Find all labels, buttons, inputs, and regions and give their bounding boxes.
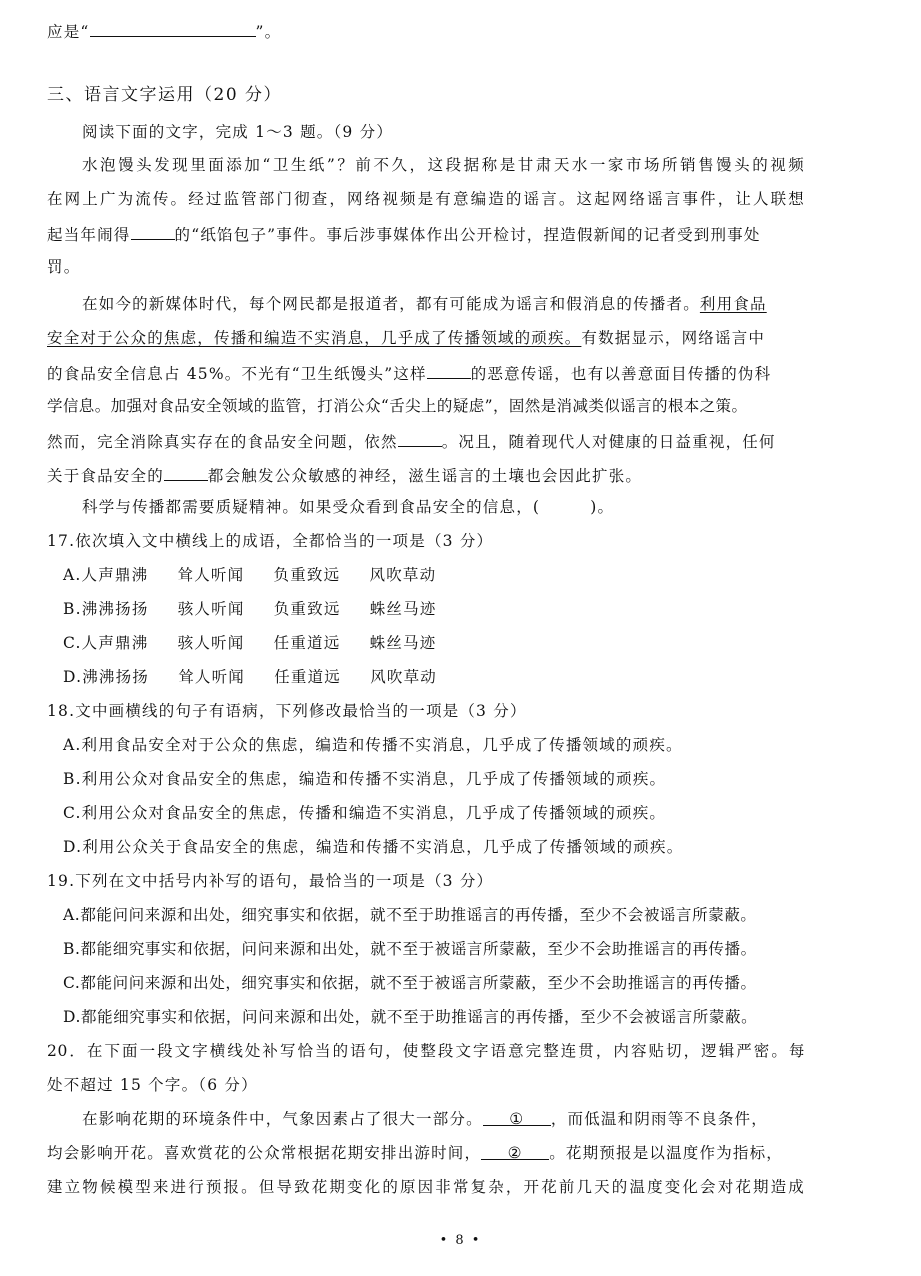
question-19-stem: 19.下列在文中括号内补写的语句，最恰当的一项是（3 分） bbox=[47, 871, 493, 891]
question-20-passage-line2: 均会影响开花。喜欢赏花的公众常根据花期安排出游时间，②。花期预报是以温度作为指标… bbox=[47, 1143, 783, 1163]
question-17-option-c[interactable]: C.人声鼎沸骇人听闻任重道远蛛丝马迹 bbox=[63, 633, 466, 653]
passage-p1-line3: 起当年闹得的“纸馅包子”事件。事后涉事媒体作出公开检讨，捏造假新闻的记者受到刑事… bbox=[47, 223, 761, 245]
idiom: 人声鼎沸 bbox=[82, 565, 178, 585]
question-19-option-d[interactable]: D.都能细究事实和依据，问问来源和出处，就不至于助推谣言的再传播，至少不会被谣言… bbox=[63, 1007, 757, 1027]
fill-blank-2[interactable] bbox=[427, 362, 471, 379]
fill-blank-circled-1[interactable]: ① bbox=[483, 1109, 551, 1126]
text-segment: 关于食品安全的 bbox=[47, 467, 164, 485]
passage-p2-line6: 关于食品安全的都会触发公众敏感的神经，滋生谣言的土壤也会因此扩张。 bbox=[47, 464, 642, 486]
answer-suffix: ”。 bbox=[256, 23, 282, 41]
idiom: 蛛丝马迹 bbox=[370, 599, 466, 619]
passage-p1-line1: 水泡馒头发现里面添加“卫生纸”？前不久，这段据称是甘肃天水一家市场所销售馒头的视… bbox=[82, 155, 805, 175]
idiom: 耸人听闻 bbox=[178, 667, 274, 687]
idiom: 风吹草动 bbox=[370, 667, 466, 687]
question-18-option-a[interactable]: A.利用食品安全对于公众的焦虑，编造和传播不实消息，几乎成了传播领域的顽疾。 bbox=[63, 735, 683, 755]
text-segment: 的恶意传谣，也有以善意面目传播的伪科 bbox=[471, 365, 772, 383]
idiom: 风吹草动 bbox=[370, 565, 466, 585]
answer-line-top: 应是“”。 bbox=[47, 20, 281, 42]
text-segment: 在如今的新媒体时代，每个网民都是报道者，都有可能成为谣言和假消息的传播者。 bbox=[82, 295, 700, 313]
idiom: 负重致远 bbox=[274, 565, 370, 585]
fill-blank-1[interactable] bbox=[131, 223, 175, 240]
passage-p1-line2: 在网上广为流传。经过监管部门彻查，网络视频是有意编造的谣言。这起网络谣言事件，让… bbox=[47, 189, 805, 209]
question-18-option-c[interactable]: C.利用公众对食品安全的焦虑，传播和编造不实消息，几乎成了传播领域的顽疾。 bbox=[63, 803, 666, 823]
text-segment: 的“纸馅包子”事件。事后涉事媒体作出公开检讨，捏造假新闻的记者受到刑事处 bbox=[175, 226, 761, 244]
passage-p2-line3: 的食品安全信息占 45%。不光有“卫生纸馒头”这样的恶意传谣，也有以善意面目传播… bbox=[47, 362, 771, 384]
question-18-option-b[interactable]: B.利用公众对食品安全的焦虑，编造和传播不实消息，几乎成了传播领域的顽疾。 bbox=[63, 769, 666, 789]
underlined-sentence-part2: 安全对于公众的焦虑，传播和编造不实消息，几乎成了传播领域的顽疾。 bbox=[47, 329, 581, 347]
question-17-stem: 17.依次填入文中横线上的成语，全都恰当的一项是（3 分） bbox=[47, 531, 493, 551]
idiom: 沸沸扬扬 bbox=[82, 599, 178, 619]
idiom: 耸人听闻 bbox=[178, 565, 274, 585]
text-segment: 都会触发公众敏感的神经，滋生谣言的土壤也会因此扩张。 bbox=[208, 467, 642, 485]
text-segment: 然而，完全消除真实存在的食品安全问题，依然 bbox=[47, 433, 398, 451]
option-label: D. bbox=[63, 668, 82, 686]
question-20-stem-line2: 处不超过 15 个字。（6 分） bbox=[47, 1075, 258, 1095]
text-segment: 有数据显示，网络谣言中 bbox=[581, 329, 765, 347]
question-18-option-d[interactable]: D.利用公众关于食品安全的焦虑，编造和传播不实消息，几乎成了传播领域的顽疾。 bbox=[63, 837, 683, 857]
question-17-option-d[interactable]: D.沸沸扬扬耸人听闻任重道远风吹草动 bbox=[63, 667, 466, 687]
answer-blank[interactable] bbox=[90, 20, 256, 37]
question-20-passage-line1: 在影响花期的环境条件中，气象因素占了很大一部分。①，而低温和阴雨等不良条件， bbox=[82, 1109, 768, 1129]
question-20-stem-line1: 20．在下面一段文字横线处补写恰当的语句，使整段文字语意完整连贯，内容贴切，逻辑… bbox=[47, 1041, 805, 1061]
idiom: 任重道远 bbox=[274, 667, 370, 687]
page-number: • 8 • bbox=[0, 1233, 921, 1248]
text-segment: 的食品安全信息占 45%。不光有“卫生纸馒头”这样 bbox=[47, 365, 427, 383]
answer-prefix: 应是“ bbox=[47, 23, 90, 41]
option-label: C. bbox=[63, 634, 82, 652]
idiom: 骇人听闻 bbox=[178, 633, 274, 653]
text-segment: 均会影响开花。喜欢赏花的公众常根据花期安排出游时间， bbox=[47, 1144, 481, 1162]
passage-p2-line2: 安全对于公众的焦虑，传播和编造不实消息，几乎成了传播领域的顽疾。有数据显示，网络… bbox=[47, 328, 765, 348]
question-19-option-a[interactable]: A.都能问问来源和出处，细究事实和依据，就不至于助推谣言的再传播，至少不会被谣言… bbox=[63, 905, 757, 925]
passage-p1-line4: 罚。 bbox=[47, 257, 80, 277]
question-18-stem: 18.文中画横线的句子有语病，下列修改最恰当的一项是（3 分） bbox=[47, 701, 527, 721]
passage-p2-line5: 然而，完全消除真实存在的食品安全问题，依然。况且，随着现代人对健康的日益重视，任… bbox=[47, 430, 776, 452]
section-title: 三、语言文字运用（20 分） bbox=[47, 85, 282, 105]
passage-p2-line4: 学信息。加强对食品安全领域的监管，打消公众“舌尖上的疑虑”，固然是消减类似谣言的… bbox=[47, 396, 747, 416]
question-17-option-a[interactable]: A.人声鼎沸耸人听闻负重致远风吹草动 bbox=[63, 565, 466, 585]
idiom: 人声鼎沸 bbox=[82, 633, 178, 653]
idiom: 骇人听闻 bbox=[178, 599, 274, 619]
idiom: 任重道远 bbox=[274, 633, 370, 653]
passage-p3: 科学与传播都需要质疑精神。如果受众看到食品安全的信息，( )。 bbox=[82, 497, 614, 517]
question-19-option-b[interactable]: B.都能细究事实和依据，问问来源和出处，就不至于被谣言所蒙蔽，至少不会助推谣言的… bbox=[63, 939, 757, 959]
passage-p2-line1: 在如今的新媒体时代，每个网民都是报道者，都有可能成为谣言和假消息的传播者。利用食… bbox=[82, 294, 767, 314]
text-segment: 。况且，随着现代人对健康的日益重视，任何 bbox=[442, 433, 776, 451]
question-20-passage-line3: 建立物候模型来进行预报。但导致花期变化的原因非常复杂，开花前几天的温度变化会对花… bbox=[47, 1177, 805, 1197]
text-segment: 。花期预报是以温度作为指标， bbox=[549, 1144, 783, 1162]
text-segment: 在影响花期的环境条件中，气象因素占了很大一部分。 bbox=[82, 1110, 483, 1128]
text-segment: 起当年闹得 bbox=[47, 226, 131, 244]
option-label: A. bbox=[63, 566, 82, 584]
reading-instruction: 阅读下面的文字，完成 1～3 题。（9 分） bbox=[82, 122, 393, 142]
idiom: 负重致远 bbox=[274, 599, 370, 619]
idiom: 沸沸扬扬 bbox=[82, 667, 178, 687]
fill-blank-circled-2[interactable]: ② bbox=[481, 1143, 549, 1160]
idiom: 蛛丝马迹 bbox=[370, 633, 466, 653]
question-17-option-b[interactable]: B.沸沸扬扬骇人听闻负重致远蛛丝马迹 bbox=[63, 599, 466, 619]
fill-blank-3[interactable] bbox=[398, 430, 442, 447]
question-19-option-c[interactable]: C.都能问问来源和出处，细究事实和依据，就不至于被谣言所蒙蔽，至少不会助推谣言的… bbox=[63, 973, 757, 993]
option-label: B. bbox=[63, 600, 82, 618]
fill-blank-4[interactable] bbox=[164, 464, 208, 481]
underlined-sentence-part1: 利用食品 bbox=[700, 295, 767, 313]
text-segment: ，而低温和阴雨等不良条件， bbox=[551, 1110, 768, 1128]
